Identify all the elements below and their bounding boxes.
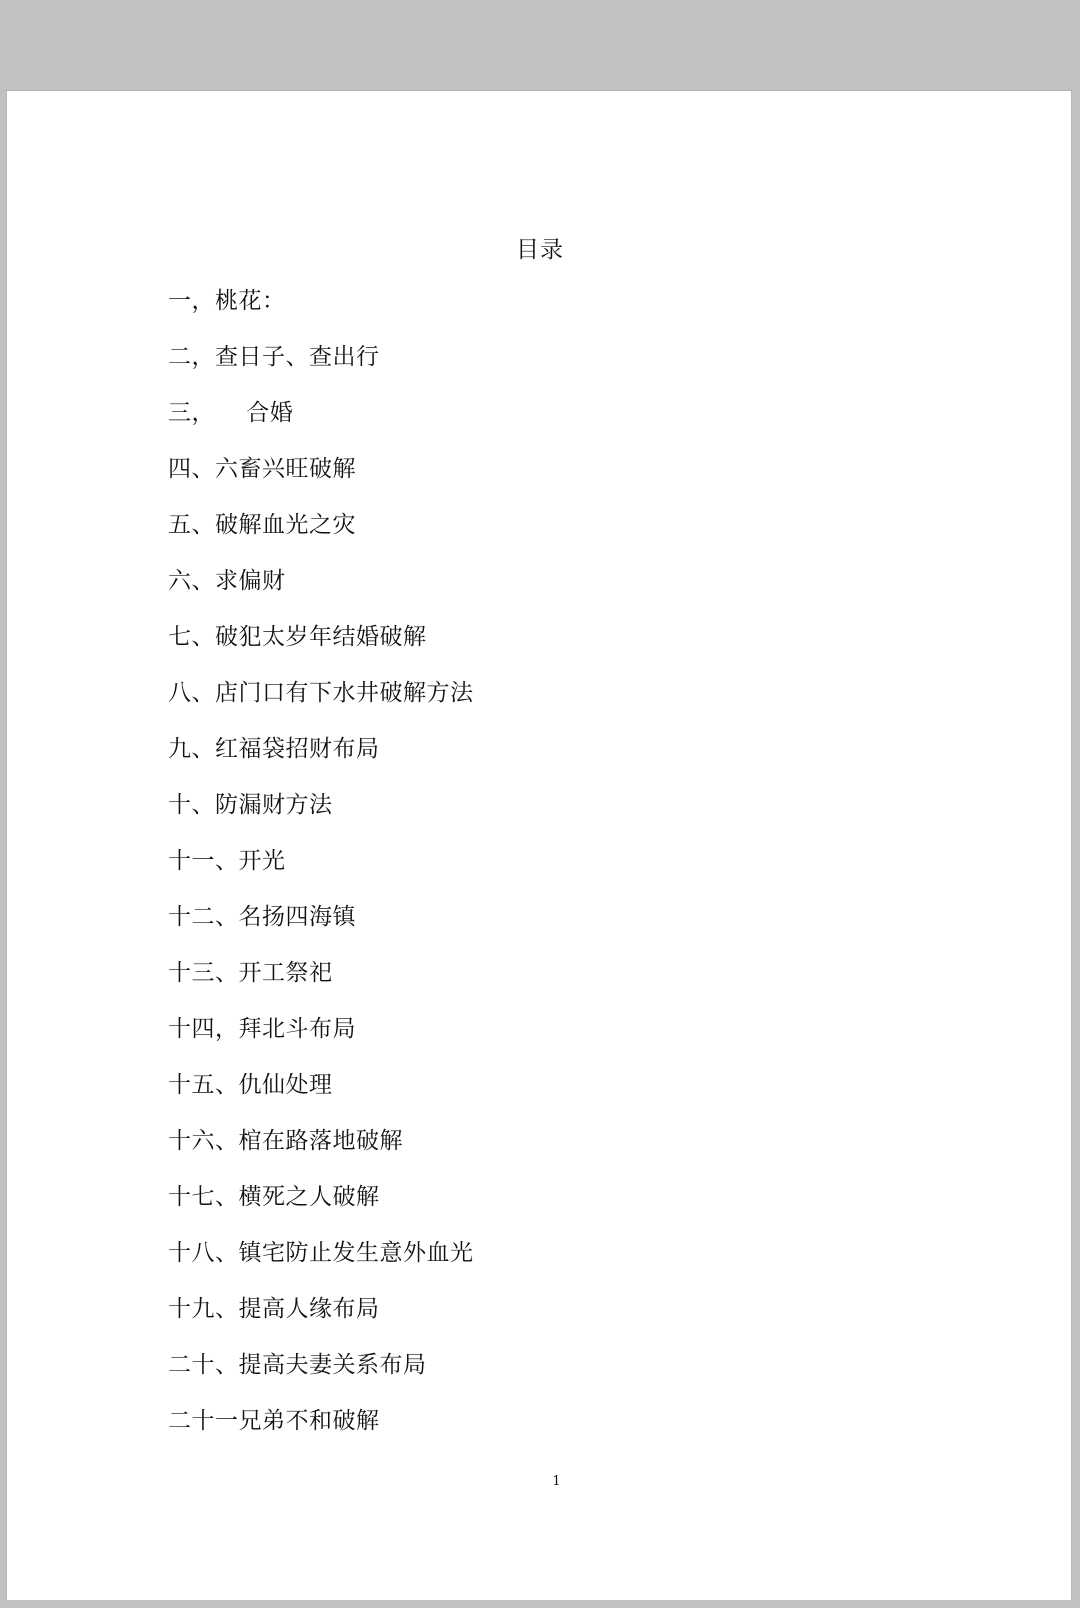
toc-item: 九、红福袋招财布局 — [168, 731, 474, 787]
toc-item: 五、破解血光之灾 — [168, 507, 474, 563]
toc-item: 六、求偏财 — [168, 563, 474, 619]
toc-item: 十一、开光 — [168, 843, 474, 899]
toc-item: 八、店门口有下水井破解方法 — [168, 675, 474, 731]
toc-item: 十六、棺在路落地破解 — [168, 1123, 474, 1179]
toc-item: 二十、提高夫妻关系布局 — [168, 1347, 474, 1403]
page-number: 1 — [7, 1474, 1071, 1489]
toc-item: 三， 合婚 — [168, 395, 474, 451]
toc-item: 十二、名扬四海镇 — [168, 899, 474, 955]
toc-item: 十三、开工祭祀 — [168, 955, 474, 1011]
toc-title: 目录 — [7, 231, 1071, 264]
toc-item: 二，查日子、查出行 — [168, 339, 474, 395]
toc-item: 十、防漏财方法 — [168, 787, 474, 843]
toc-item: 七、破犯太岁年结婚破解 — [168, 619, 474, 675]
toc-item: 十九、提高人缘布局 — [168, 1291, 474, 1347]
toc-item: 十四，拜北斗布局 — [168, 1011, 474, 1067]
toc-item: 十七、横死之人破解 — [168, 1179, 474, 1235]
toc-list: 一，桃花： 二，查日子、查出行 三， 合婚 四、六畜兴旺破解 五、破解血光之灾 … — [168, 283, 474, 1459]
toc-item: 二十一兄弟不和破解 — [168, 1403, 474, 1459]
toc-item: 十五、仇仙处理 — [168, 1067, 474, 1123]
document-page: 目录 一，桃花： 二，查日子、查出行 三， 合婚 四、六畜兴旺破解 五、破解血光… — [6, 90, 1072, 1600]
toc-item: 四、六畜兴旺破解 — [168, 451, 474, 507]
toc-item: 一，桃花： — [168, 283, 474, 339]
toc-item: 十八、镇宅防止发生意外血光 — [168, 1235, 474, 1291]
